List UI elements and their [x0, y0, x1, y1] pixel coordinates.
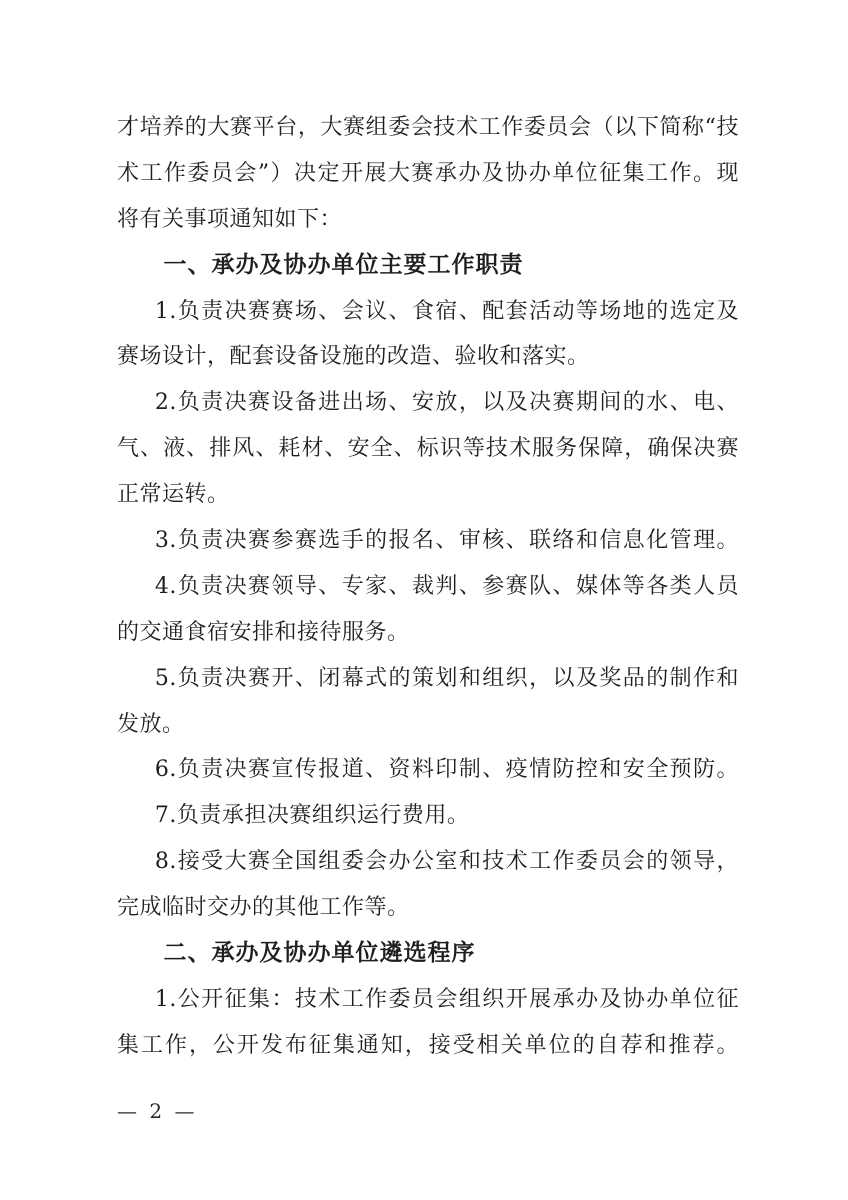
body-line: 1.负责决赛赛场、会议、食宿、配套活动等场地的选定及	[117, 289, 739, 335]
body-line: 8.接受大赛全国组委会办公室和技术工作委员会的领导，	[117, 839, 739, 885]
section-heading: 二、承办及协办单位遴选程序	[117, 931, 739, 977]
body-line: 正常运转。	[117, 472, 739, 518]
body-line: 6.负责决赛宣传报道、资料印制、疫情防控和安全预防。	[117, 747, 739, 793]
body-line: 3.负责决赛参赛选手的报名、审核、联络和信息化管理。	[117, 518, 739, 564]
body-line: 7.负责承担决赛组织运行费用。	[117, 793, 739, 839]
body-line: 集工作，公开发布征集通知，接受相关单位的自荐和推荐。	[117, 1023, 739, 1069]
document-text-block: 才培养的大赛平台，大赛组委会技术工作委员会（以下简称“技 术工作委员会”）决定开…	[117, 105, 739, 1069]
body-line: 4.负责决赛领导、专家、裁判、参赛队、媒体等各类人员	[117, 564, 739, 610]
body-line: 术工作委员会”）决定开展大赛承办及协办单位征集工作。现	[117, 151, 739, 197]
body-line: 气、液、排风、耗材、安全、标识等技术服务保障，确保决赛	[117, 426, 739, 472]
body-line: 1.公开征集：技术工作委员会组织开展承办及协办单位征	[117, 977, 739, 1023]
body-line: 赛场设计，配套设备设施的改造、验收和落实。	[117, 334, 739, 380]
body-line: 5.负责决赛开、闭幕式的策划和组织，以及奖品的制作和	[117, 656, 739, 702]
body-line: 才培养的大赛平台，大赛组委会技术工作委员会（以下简称“技	[117, 105, 739, 151]
body-line: 发放。	[117, 702, 739, 748]
body-line: 的交通食宿安排和接待服务。	[117, 610, 739, 656]
body-line: 2.负责决赛设备进出场、安放，以及决赛期间的水、电、	[117, 380, 739, 426]
body-line: 将有关事项通知如下：	[117, 197, 739, 243]
page-number: — 2 —	[117, 1096, 197, 1126]
section-heading: 一、承办及协办单位主要工作职责	[117, 243, 739, 289]
body-line: 完成临时交办的其他工作等。	[117, 885, 739, 931]
document-page: 才培养的大赛平台，大赛组委会技术工作委员会（以下简称“技 术工作委员会”）决定开…	[0, 0, 848, 1200]
